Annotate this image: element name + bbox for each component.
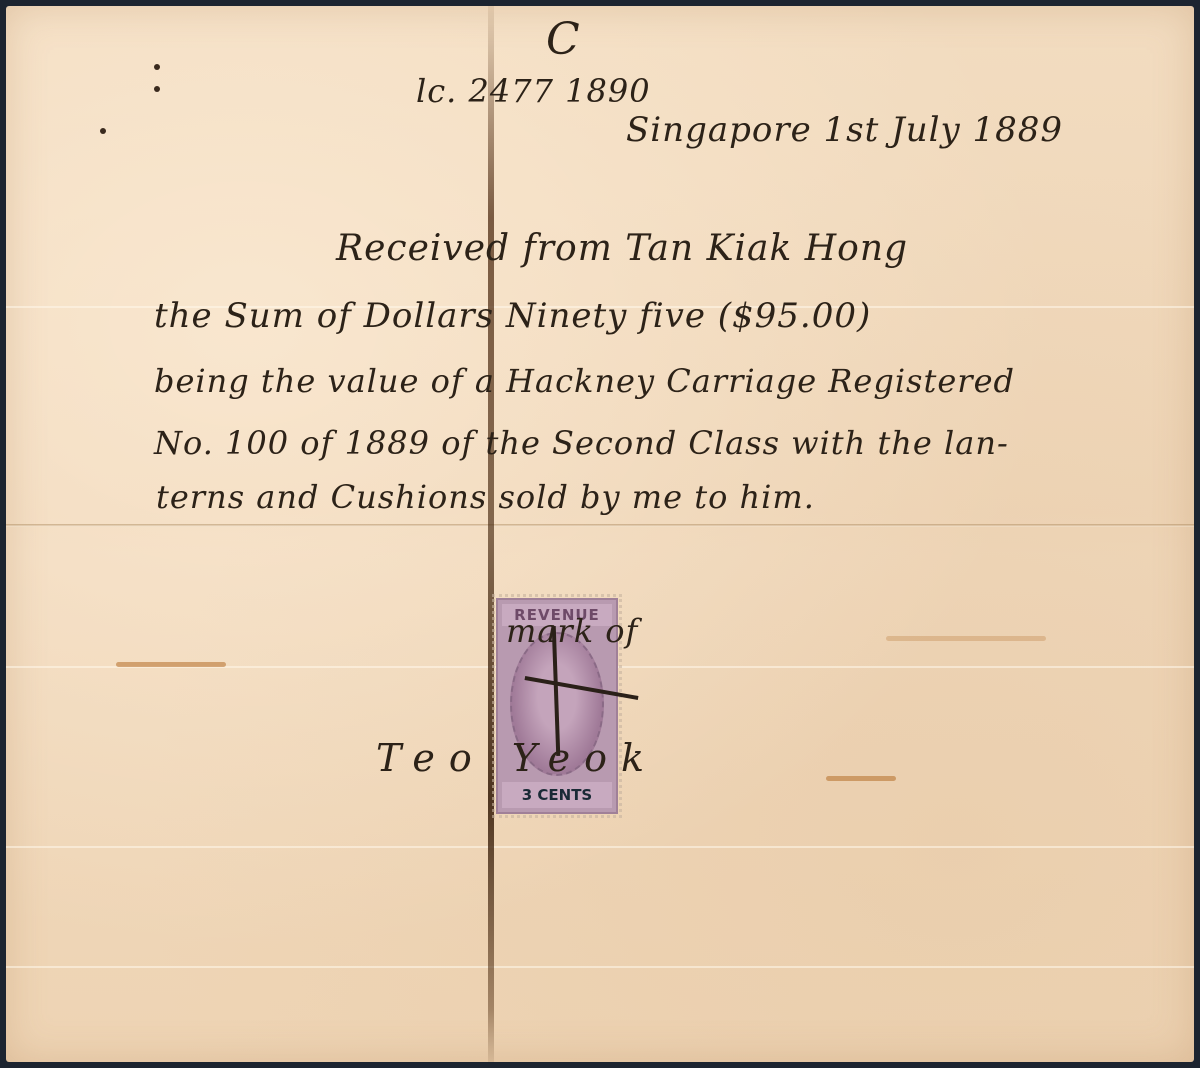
- vertical-fold-stain: [488, 6, 494, 1062]
- pin-hole: [154, 86, 160, 92]
- body-line-2: the Sum of Dollars Ninety five ($95.00): [154, 296, 871, 336]
- receipt-paper: C lc. 2477 1890 Singapore 1st July 1889 …: [6, 6, 1194, 1062]
- paper-wrinkle: [6, 846, 1194, 848]
- header-letter: C: [546, 14, 581, 65]
- signature-name: Teo Yeok: [376, 736, 658, 780]
- body-line-4: No. 100 of 1889 of the Second Class with…: [154, 424, 1009, 462]
- stamp-value-label: 3 CENTS: [502, 782, 612, 808]
- rust-stain: [886, 636, 1046, 641]
- rust-stain: [116, 662, 226, 667]
- place-date: Singapore 1st July 1889: [626, 110, 1063, 150]
- body-line-5: terns and Cushions sold by me to him.: [156, 478, 815, 516]
- paper-wrinkle: [6, 966, 1194, 968]
- body-line-1: Received from Tan Kiak Hong: [336, 228, 908, 269]
- reference-number: lc. 2477 1890: [416, 72, 651, 110]
- body-line-3: being the value of a Hackney Carriage Re…: [154, 362, 1015, 400]
- horizontal-fold: [6, 524, 1194, 527]
- signature-mark-of: mark of: [506, 612, 638, 650]
- pin-hole: [154, 64, 160, 70]
- pin-hole: [100, 128, 106, 134]
- rust-stain: [826, 776, 896, 781]
